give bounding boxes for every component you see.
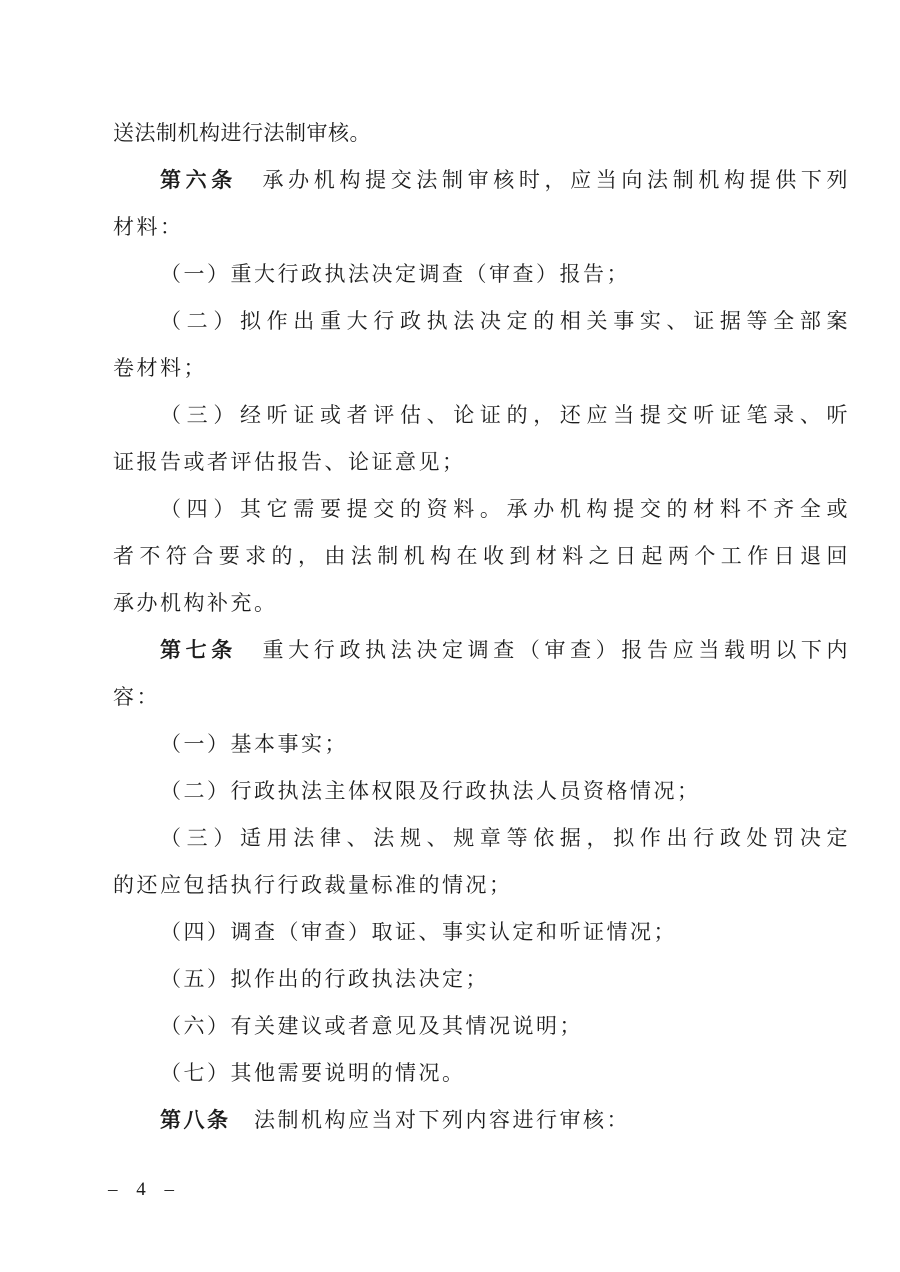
text-segment: （六）有关建议或者意见及其情况说明； [160,1014,583,1038]
text-segment: （一）基本事实； [160,732,348,756]
text-segment: 容： [113,685,160,709]
text-segment: （五）拟作出的行政执法决定； [160,967,489,991]
text-segment: （三）适用法律、法规、规章等依据，拟作出行政处罚决定 [160,826,850,850]
text-segment: （二）拟作出重大行政执法决定的相关事实、证据等全部案 [160,309,850,333]
text-line: 材料： [113,204,850,251]
text-line: （一）基本事实； [113,721,850,768]
article-number: 第六条 [160,168,237,192]
text-segment: 送法制机构进行法制审核。 [113,121,371,145]
text-line: （二）拟作出重大行政执法决定的相关事实、证据等全部案 [113,298,850,345]
text-line: 第八条 法制机构应当对下列内容进行审核： [113,1097,850,1144]
text-segment: （七）其他需要说明的情况。 [160,1061,466,1085]
article-number: 第八条 [160,1108,231,1132]
text-line: （五）拟作出的行政执法决定； [113,956,850,1003]
text-line: （六）有关建议或者意见及其情况说明； [113,1003,850,1050]
text-segment: （四）调查（审查）取证、事实认定和听证情况； [160,920,677,944]
text-line: （三）经听证或者评估、论证的，还应当提交听证笔录、听 [113,392,850,439]
text-line: 者不符合要求的，由法制机构在收到材料之日起两个工作日退回 [113,533,850,580]
text-segment: 的还应包括执行行政裁量标准的情况； [113,873,513,897]
article-number: 第七条 [160,638,237,662]
text-segment: 承办机构补充。 [113,591,278,615]
text-segment: 法制机构应当对下列内容进行审核： [231,1108,631,1132]
page-number: – 4 – [108,1176,181,1204]
text-line: （一）重大行政执法决定调查（审查）报告； [113,251,850,298]
text-segment: （一）重大行政执法决定调查（审查）报告； [160,262,630,286]
text-line: 送法制机构进行法制审核。 [113,110,850,157]
text-line: 证报告或者评估报告、论证意见； [113,439,850,486]
text-segment: （四）其它需要提交的资料。承办机构提交的材料不齐全或 [160,497,850,521]
text-line: 第七条 重大行政执法决定调查（审查）报告应当载明以下内 [113,627,850,674]
text-line: （四）调查（审查）取证、事实认定和听证情况； [113,909,850,956]
text-line: 的还应包括执行行政裁量标准的情况； [113,862,850,909]
text-segment: 材料： [113,215,184,239]
text-line: （二）行政执法主体权限及行政执法人员资格情况； [113,768,850,815]
text-segment: （二）行政执法主体权限及行政执法人员资格情况； [160,779,701,803]
text-line: 承办机构补充。 [113,580,850,627]
text-segment: 卷材料； [113,356,207,380]
text-segment: 承办机构提交法制审核时，应当向法制机构提供下列 [237,168,850,192]
document-body: 送法制机构进行法制审核。第六条 承办机构提交法制审核时，应当向法制机构提供下列材… [113,110,850,1144]
text-segment: 重大行政执法决定调查（审查）报告应当载明以下内 [237,638,850,662]
text-line: （七）其他需要说明的情况。 [113,1050,850,1097]
text-segment: 者不符合要求的，由法制机构在收到材料之日起两个工作日退回 [113,544,850,568]
text-segment: （三）经听证或者评估、论证的，还应当提交听证笔录、听 [160,403,850,427]
text-line: 第六条 承办机构提交法制审核时，应当向法制机构提供下列 [113,157,850,204]
document-page: 送法制机构进行法制审核。第六条 承办机构提交法制审核时，应当向法制机构提供下列材… [0,0,900,1272]
text-line: 容： [113,674,850,721]
text-line: （四）其它需要提交的资料。承办机构提交的材料不齐全或 [113,486,850,533]
text-line: 卷材料； [113,345,850,392]
text-segment: 证报告或者评估报告、论证意见； [113,450,466,474]
text-line: （三）适用法律、法规、规章等依据，拟作出行政处罚决定 [113,815,850,862]
